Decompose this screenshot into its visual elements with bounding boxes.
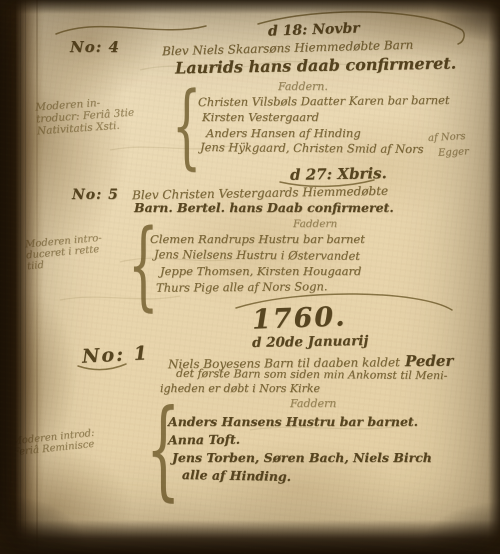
scan-edge-right — [488, 0, 500, 554]
entry1-number: No: 1 — [81, 342, 149, 367]
entry5-godparent-line: Thurs Pige alle af Nors Sogn. — [156, 279, 328, 294]
entry4-number: No: 4 — [70, 38, 120, 56]
entry4-faddern-label: Faddern. — [278, 80, 328, 93]
entry4-margin-note: Moderen in- troducr: Feriâ 3tie Nativita… — [35, 95, 135, 138]
entry1-body-line2: det første Barn som siden min Ankomst ti… — [176, 367, 447, 382]
entry4-godparent-line: Kirsten Vestergaard — [202, 110, 319, 124]
entry5-number: No: 5 — [72, 187, 119, 203]
year-heading: 1760. — [251, 301, 347, 335]
entry4-right-note-line: af Nors — [428, 131, 466, 144]
entry4-closing-date: d 27: Xbris. — [290, 164, 387, 184]
dark-corner-top-right — [410, 0, 500, 60]
curly-brace: { — [172, 90, 201, 162]
dark-corner-bottom-right — [390, 484, 500, 554]
entry5-godparent-line: Jeppe Thomsen, Kirsten Hougaard — [160, 264, 361, 278]
entry4-godparent-line: Anders Hansen af Hinding — [206, 126, 361, 140]
dark-corner-bottom-left — [0, 474, 120, 554]
entry4-godparent-line: Christen Vilsbøls Daatter Karen bar barn… — [198, 93, 450, 109]
entry1-faddern-label: Faddern — [290, 397, 336, 410]
entry5-faddern-label: Faddern — [293, 218, 337, 230]
entry4-date: d 18: Novbr — [268, 20, 360, 39]
entry4-right-note-line: Egger — [438, 146, 469, 159]
entry1-body-line3: igheden er døbt i Nors Kirke — [160, 382, 320, 395]
entry1-godparent-line: Anna Toft. — [168, 432, 240, 448]
entry5-godparent-line: Clemen Randrups Hustru bar barnet — [150, 232, 365, 246]
register-scan-page: d 18: Novbr No: 4 Blev Niels Skaarsøns H… — [0, 0, 500, 554]
year-heading-date: d 20de Januarij — [252, 333, 369, 351]
book-binding-edge — [0, 0, 44, 554]
entry1-godparent-line: Anders Hansens Hustru bar barnet. — [168, 414, 418, 429]
entry5-godparent-line: Jens Nielsens Hustru i Østervandet — [154, 247, 360, 263]
entry1-child-name: Peder — [405, 352, 454, 370]
entry1-godparent-line: Jens Torben, Søren Bach, Niels Birch — [172, 450, 432, 465]
entry5-body-line2: Barn. Bertel. hans Daab confirmeret. — [134, 200, 394, 215]
entry4-godparent-line: Jens Hÿkgaard, Christen Smid af Nors — [200, 140, 424, 156]
entry1-godparent-line: alle af Hinding. — [182, 467, 291, 484]
